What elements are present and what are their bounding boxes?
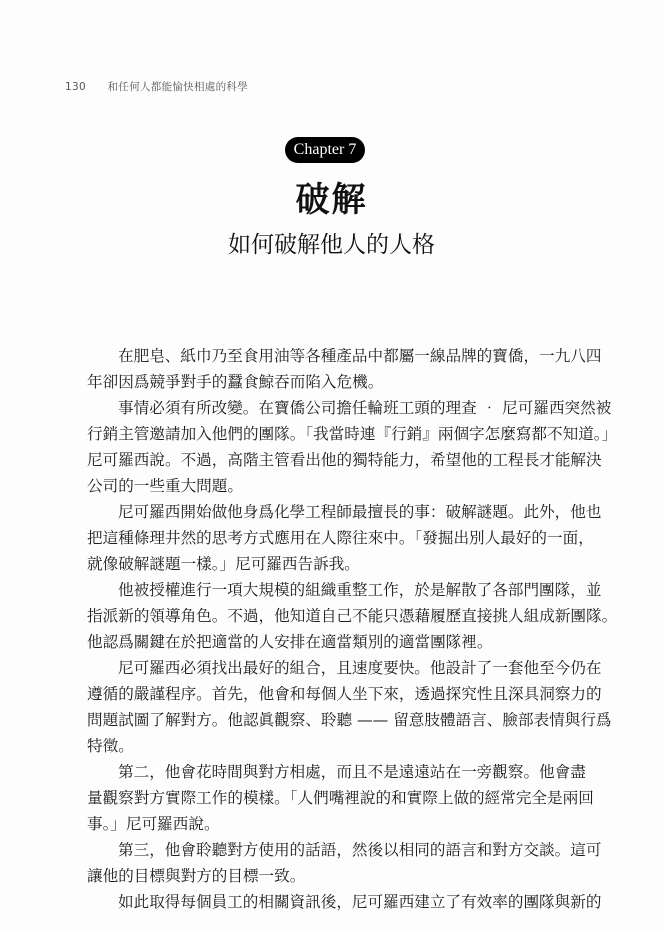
text-line: 公司的一些重大問題。 [87,473,577,499]
text-line: 問題試圖了解對方。他認眞觀察、聆聽 —— 留意肢體語言、臉部表情與行爲 [87,707,577,733]
text-line: 就像破解謎題一樣。」尼可羅西告訴我。 [87,551,577,577]
text-line: 年卻因爲競爭對手的蠶食鯨吞而陷入危機。 [87,369,577,395]
text-line: 第三，他會聆聽對方使用的話語，然後以相同的語言和對方交談。這可 [87,837,577,863]
chapter-title: 破解 [0,172,663,221]
text-line: 讓他的目標與對方的目標一致。 [87,863,577,889]
text-line: 把這種條理井然的思考方式應用在人際往來中。「發掘出別人最好的一面， [87,525,577,551]
text-line: 在肥皂、紙巾乃至食用油等各種產品中都屬一線品牌的寶僑，一九八四 [87,343,577,369]
text-line: 事。」尼可羅西說。 [87,811,577,837]
text-line: 他被授權進行一項大規模的組織重整工作，於是解散了各部門團隊，並 [87,577,577,603]
text-line: 遵循的嚴謹程序。首先，他會和每個人坐下來，透過探究性且深具洞察力的 [87,681,577,707]
chapter-subtitle: 如何破解他人的人格 [0,226,663,259]
text-line: 第二，他會花時間與對方相處，而且不是遠遠站在一旁觀察。他會盡 [87,759,577,785]
text-line: 如此取得每個員工的相關資訊後，尼可羅西建立了有效率的團隊與新的 [87,889,577,915]
text-line: 他認爲關鍵在於把適當的人安排在適當類別的適當團隊裡。 [87,629,577,655]
page-number: 130 [65,81,86,93]
text-line: 特徵。 [87,733,577,759]
running-head: 130 和任何人都能愉快相處的科學 [65,79,248,94]
text-line: 量觀察對方實際工作的模樣。「人們嘴裡說的和實際上做的經常完全是兩回 [87,785,577,811]
text-line: 事情必須有所改變。在寶僑公司擔任輪班工頭的理查 ‧ 尼可羅西突然被 [87,395,577,421]
text-line: 指派新的領導角色。不過，他知道自己不能只憑藉履歷直接挑人組成新團隊。 [87,603,577,629]
chapter-label-badge: Chapter 7 [285,137,365,163]
text-line: 尼可羅西開始做他身爲化學工程師最擅長的事：破解謎題。此外，他也 [87,499,577,525]
text-line: 尼可羅西說。不過，高階主管看出他的獨特能力，希望他的工程長才能解決 [87,447,577,473]
text-line: 尼可羅西必須找出最好的組合，且速度要快。他設計了一套他至今仍在 [87,655,577,681]
body-text: 在肥皂、紙巾乃至食用油等各種產品中都屬一線品牌的寶僑，一九八四 年卻因爲競爭對手… [87,343,577,915]
text-line: 行銷主管邀請加入他們的團隊。「我當時連『行銷』兩個字怎麼寫都不知道。」 [87,421,577,447]
book-title: 和任何人都能愉快相處的科學 [108,81,248,93]
